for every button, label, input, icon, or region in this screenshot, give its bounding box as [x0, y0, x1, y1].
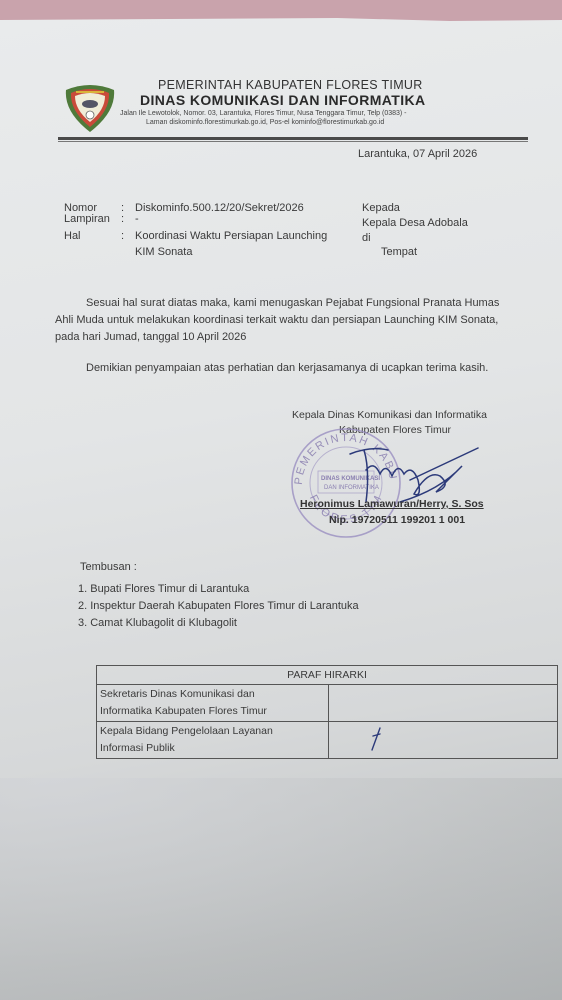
signatory-nip: Nip. 19720511 199201 1 001 [329, 514, 465, 526]
paraf-role-line: Kepala Bidang Pengelolaan Layanan [100, 723, 325, 740]
recipient-name: Kepala Desa Adobala [362, 217, 468, 229]
letterhead-address: Jalan Ile Lewotolok, Nomor. 03, Larantuk… [120, 110, 407, 117]
tembusan-item: 2. Inspektur Daerah Kabupaten Flores Tim… [78, 600, 359, 612]
tembusan-item: 1. Bupati Flores Timur di Larantuka [78, 583, 249, 595]
nomor-value: Diskominfo.500.12/20/Sekret/2026 [135, 202, 304, 214]
tembusan-item: 3. Camat Klubagolit di Klubagolit [78, 617, 237, 629]
table-row: Kepala Bidang Pengelolaan Layanan Inform… [97, 722, 558, 759]
table-row: Sekretaris Dinas Komunikasi dan Informat… [97, 685, 558, 722]
paraf-role: Kepala Bidang Pengelolaan Layanan Inform… [97, 722, 329, 759]
body-paragraph-1-line-3: pada hari Jumad, tanggal 10 April 2026 [55, 331, 246, 343]
colon: : [121, 213, 124, 225]
letterhead-rule-thin [58, 141, 528, 142]
paraf-role: Sekretaris Dinas Komunikasi dan Informat… [97, 685, 329, 722]
letterhead-agency: DINAS KOMUNIKASI DAN INFORMATIKA [140, 92, 426, 108]
signatory-name: Heronimus Lamawuran/Herry, S. Sos [300, 498, 484, 510]
recipient-di: di [362, 232, 371, 244]
initial-mark-icon [369, 726, 383, 752]
paraf-hirarki-table: PARAF HIRARKI Sekretaris Dinas Komunikas… [96, 665, 558, 759]
recipient-kepada: Kepada [362, 202, 400, 214]
signatory-title: Kepala Dinas Komunikasi dan Informatika [292, 409, 487, 421]
body-paragraph-1-line-2: Ahli Muda untuk melakukan koordinasi ter… [55, 314, 498, 326]
letterhead-rule [58, 137, 528, 140]
body-paragraph-1: Sesuai hal surat diatas maka, kami menug… [86, 297, 499, 309]
hal-value: Koordinasi Waktu Persiapan Launching [135, 230, 327, 242]
paraf-role-line: Sekretaris Dinas Komunikasi dan [100, 686, 325, 703]
paraf-initial-cell [329, 722, 558, 759]
letterhead-government: PEMERINTAH KABUPATEN FLORES TIMUR [158, 78, 423, 92]
regency-coat-of-arms-icon [62, 82, 118, 134]
hal-value-continued: KIM Sonata [135, 246, 192, 258]
letterhead-contact: Laman diskominfo.florestimurkab.go.id, P… [146, 119, 384, 126]
recipient-place: Tempat [381, 246, 417, 258]
body-closing: Demikian penyampaian atas perhatian dan … [86, 362, 488, 374]
paraf-role-line: Informasi Publik [100, 740, 325, 757]
lampiran-label: Lampiran [64, 213, 110, 225]
letter-date: Larantuka, 07 April 2026 [358, 148, 477, 160]
tembusan-title: Tembusan : [80, 561, 137, 573]
paraf-role-line: Informatika Kabupaten Flores Timur [100, 703, 325, 720]
paraf-initial-cell [329, 685, 558, 722]
lampiran-value: - [135, 213, 139, 225]
colon: : [121, 230, 124, 242]
paraf-table-title: PARAF HIRARKI [97, 666, 558, 685]
hal-label: Hal [64, 230, 81, 242]
